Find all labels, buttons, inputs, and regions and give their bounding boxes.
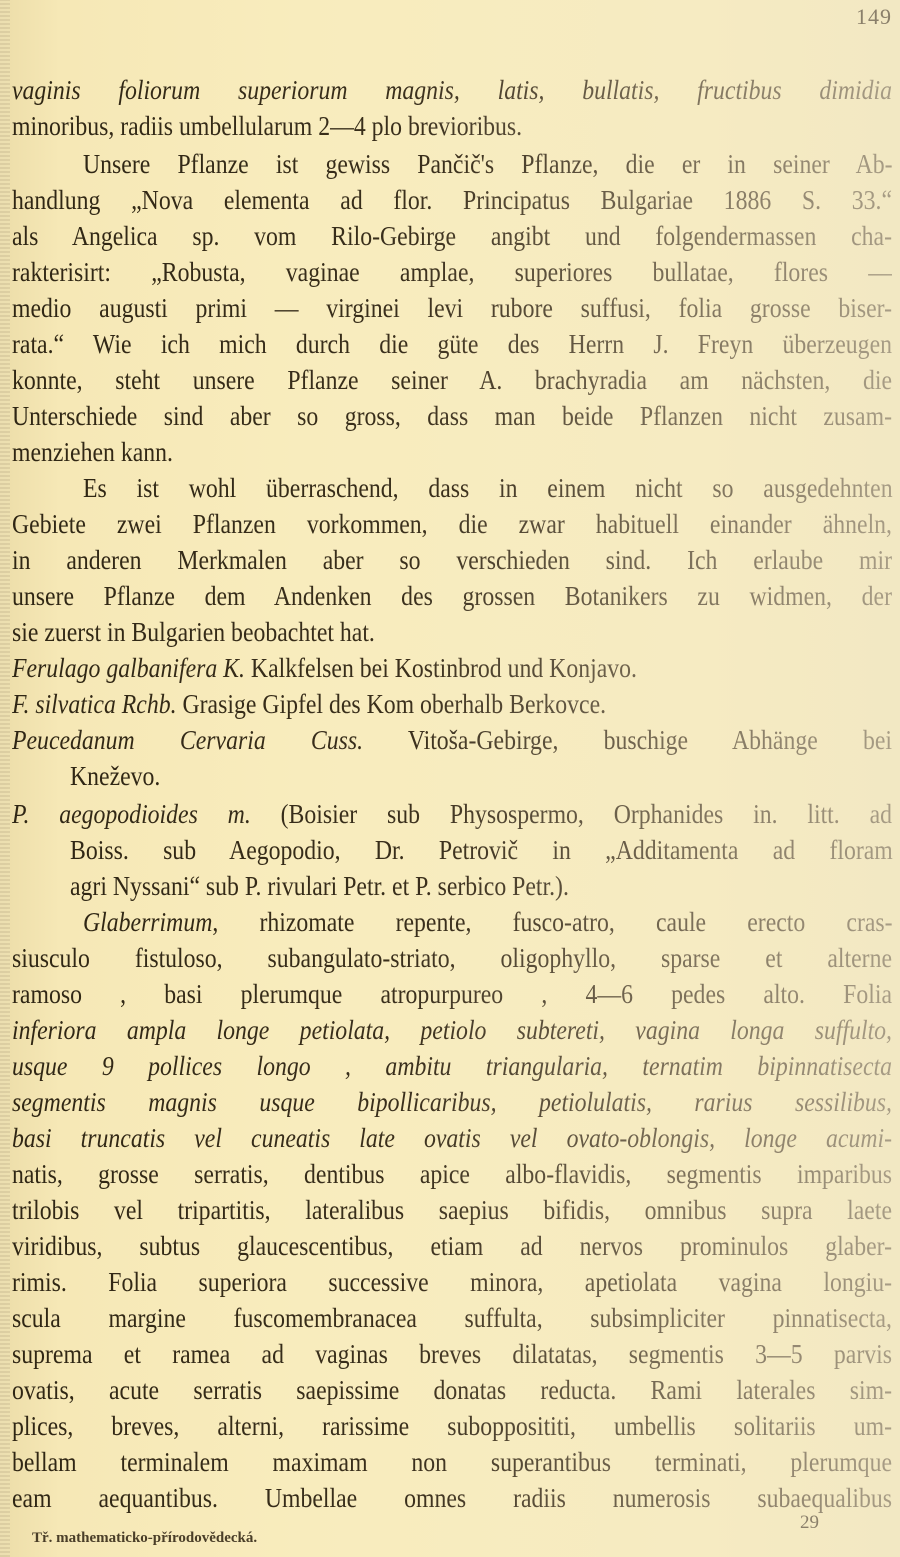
text-line: bellam terminalem maximam non superantib…	[12, 1444, 892, 1480]
text-line: ovatis, acute serratis saepissime donata…	[12, 1372, 892, 1408]
signature-number: 29	[800, 1512, 819, 1534]
text-line: sie zuerst in Bulgarien beobachtet hat.	[12, 614, 892, 650]
description-line: Glaberrimum, rhizomate repente, fusco-at…	[83, 904, 893, 940]
text-line: trilobis vel tripartitis, lateralibus sa…	[12, 1192, 892, 1228]
text-line: Es ist wohl überraschend, dass in einem …	[83, 470, 893, 506]
text-line: handlung „Nova elementa ad flor. Princip…	[12, 182, 892, 218]
text-line: Unterschiede sind aber so gross, dass ma…	[12, 398, 892, 434]
text-line: agri Nyssani“ sub P. rivulari Petr. et P…	[70, 868, 893, 904]
text-line: inferiora ampla longe petiolata, petiolo…	[12, 1012, 892, 1048]
text-line: ramoso , basi plerumque atropurpureo , 4…	[12, 976, 892, 1012]
text-line: menziehen kann.	[12, 434, 892, 470]
page-footer: Tř. mathematicko-přírodovědecká.	[32, 1530, 257, 1547]
text-line: natis, grosse serratis, dentibus apice a…	[12, 1156, 892, 1192]
text-line: usque 9 pollices longo , ambitu triangul…	[12, 1048, 892, 1084]
text-line: vaginis foliorum superiorum magnis, lati…	[12, 72, 892, 108]
text-line: medio augusti primi — virginei levi rubo…	[12, 290, 892, 326]
text-line: plices, breves, alterni, rarissime subop…	[12, 1408, 892, 1444]
text-line: rimis. Folia superiora successive minora…	[12, 1264, 892, 1300]
species-entry: F. silvatica Rchb. Grasige Gipfel des Ko…	[12, 686, 892, 722]
text-line: minoribus, radiis umbellularum 2—4 plo b…	[12, 108, 892, 144]
text-line: Kneževo.	[70, 758, 893, 794]
text-line: siusculo fistuloso, subangulato-striato,…	[12, 940, 892, 976]
text-line: Gebiete zwei Pflanzen vorkommen, die zwa…	[12, 506, 892, 542]
species-entry: P. aegopodioides m. (Boisier sub Physosp…	[12, 796, 892, 832]
text-line: unsere Pflanze dem Andenken des grossen …	[12, 578, 892, 614]
species-name: P. aegopodioides m.	[12, 799, 251, 829]
text-line: Boiss. sub Aegopodio, Dr. Petrovič in „A…	[70, 832, 893, 868]
text-line: basi truncatis vel cuneatis late ovatis …	[12, 1120, 892, 1156]
text-line: suprema et ramea ad vaginas breves dilat…	[12, 1336, 892, 1372]
species-name: Peucedanum Cervaria Cuss.	[12, 725, 363, 755]
species-name: Ferulago galbanifera K.	[12, 653, 245, 683]
species-entry: Peucedanum Cervaria Cuss. Vitoša-Gebirge…	[12, 722, 892, 758]
text-line: rakterisirt: „Robusta, vaginae amplae, s…	[12, 254, 892, 290]
species-name: F. silvatica Rchb.	[12, 689, 177, 719]
page-number: 149	[856, 4, 892, 30]
text-line: viridibus, subtus glaucescentibus, etiam…	[12, 1228, 892, 1264]
text-line: in anderen Merkmalen aber so verschieden…	[12, 542, 892, 578]
text-line: Unsere Pflanze ist gewiss Pančič's Pflan…	[83, 146, 893, 182]
scan-edge	[0, 0, 10, 1557]
species-entry: Ferulago galbanifera K. Kalkfelsen bei K…	[12, 650, 892, 686]
text-line: scula margine fuscomembranacea suffulta,…	[12, 1300, 892, 1336]
text-line: konnte, steht unsere Pflanze seiner A. b…	[12, 362, 892, 398]
text-line: segmentis magnis usque bipollicaribus, p…	[12, 1084, 892, 1120]
text-line: rata.“ Wie ich mich durch die güte des H…	[12, 326, 892, 362]
text-line: eam aequantibus. Umbellae omnes radiis n…	[12, 1480, 892, 1516]
text-line: als Angelica sp. vom Rilo-Gebirge angibt…	[12, 218, 892, 254]
